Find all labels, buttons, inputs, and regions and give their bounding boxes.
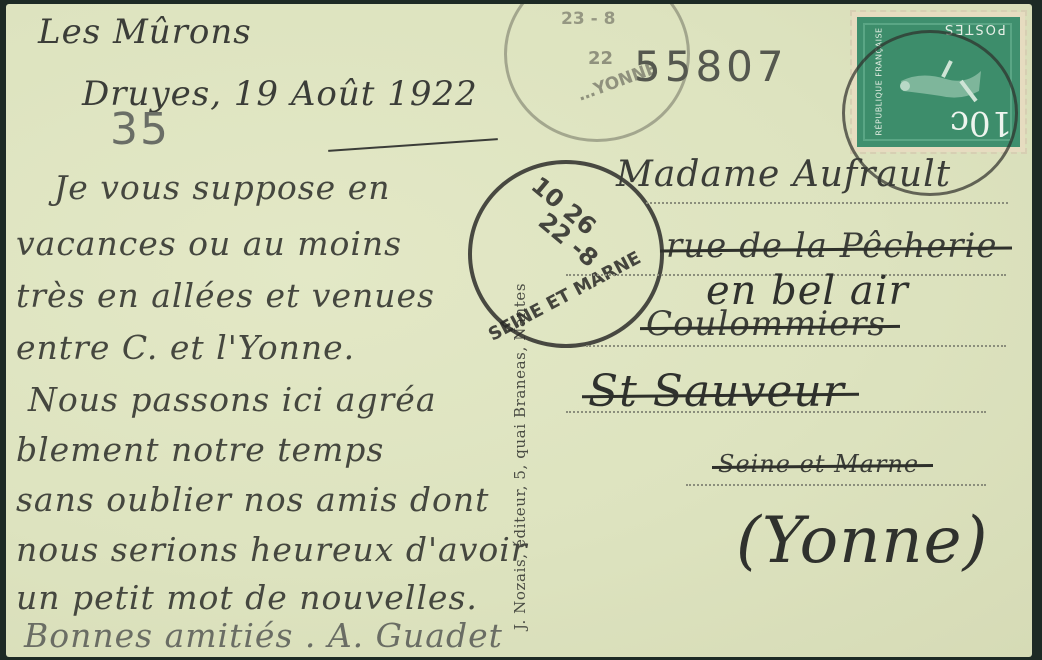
message-line: très en allées et venues	[16, 276, 435, 315]
pencil-note: 35	[110, 104, 170, 155]
archive-number: 55807	[634, 42, 788, 91]
address-street-struck: rue de la Pêcherie	[666, 226, 998, 266]
heading-place: Les Mûrons	[38, 12, 252, 52]
message-signature: Bonnes amitiés . A. Guadet	[24, 616, 503, 655]
address-guide-line	[686, 484, 986, 486]
message-line: entre C. et l'Yonne.	[16, 328, 355, 367]
address-dept-new: (Yonne)	[736, 504, 988, 578]
address-town-struck: Coulommiers	[646, 304, 886, 344]
address-town-new: St Sauveur	[588, 366, 845, 417]
message-line: Je vous suppose en	[54, 168, 390, 207]
heading-underline	[328, 138, 498, 152]
message-line: vacances ou au moins	[16, 224, 402, 263]
postcard-back: Les Mûrons Druyes, 19 Août 1922 35 Je vo…	[6, 4, 1032, 657]
address-dept-struck: Seine et Marne	[718, 450, 919, 478]
address-guide-line	[646, 202, 1008, 204]
message-line: nous serions heureux d'avoir	[16, 530, 528, 569]
address-name: Madame Aufrault	[616, 154, 951, 195]
postmark-yonne-year: 22	[588, 48, 613, 69]
postmark-yonne-date: 23 - 8	[561, 9, 615, 29]
message-line: un petit mot de nouvelles.	[16, 578, 478, 617]
message-line: blement notre temps	[16, 430, 384, 469]
message-line: Nous passons ici agréa	[28, 380, 437, 419]
address-guide-line	[586, 345, 1006, 347]
message-line: sans oublier nos amis dont	[16, 480, 489, 519]
